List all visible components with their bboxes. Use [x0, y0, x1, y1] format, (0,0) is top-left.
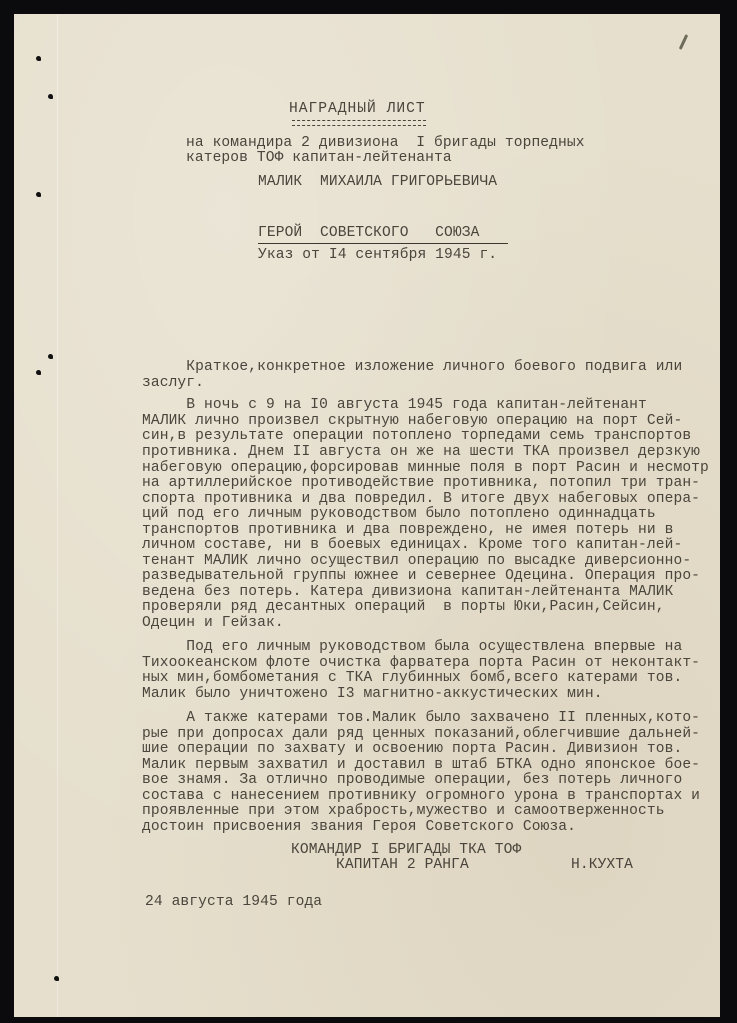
- paragraph-line: син,в результате операции потоплено торп…: [142, 428, 691, 444]
- award-underline: [258, 243, 508, 244]
- paragraph-line: ных мин,бомбометания с ТКА глубинных бом…: [142, 670, 682, 686]
- paragraph-line: Тихоокеанском флоте очистка фарватера по…: [142, 655, 700, 671]
- punch-hole-mark: [54, 976, 59, 981]
- paragraph-line: ций под его личным руководством было пот…: [142, 506, 656, 522]
- paragraph-line: ведена без потерь. Катера дивизиона капи…: [142, 584, 673, 600]
- paragraph-line: вое знамя. За отлично проводимые операци…: [142, 772, 682, 788]
- paragraph-line: противника. Днем II августа он же на шес…: [142, 444, 700, 460]
- pen-tick-mark: [679, 34, 688, 50]
- signature-position: КОМАНДИР I БРИГАДЫ ТКА ТОФ: [291, 842, 521, 858]
- punch-hole-mark: [36, 192, 41, 197]
- document-date: 24 августа 1945 года: [145, 894, 322, 910]
- paragraph-line: тенант МАЛИК лично осуществил операцию п…: [142, 553, 691, 569]
- section-heading-line-1: Краткое,конкретное изложение личного бое…: [142, 359, 682, 375]
- paragraph-line: транспортов противника и два повреждено,…: [142, 522, 673, 538]
- paragraph-line: спорта противника и два повредил. В итог…: [142, 491, 700, 507]
- punch-hole-mark: [36, 370, 41, 375]
- paragraph-line: Малик первым захватил и доставил в штаб …: [142, 757, 700, 773]
- paragraph-line: Малик было уничтожено I3 магнитно-аккуст…: [142, 686, 603, 702]
- award-sheet-page: НАГРАДНЫЙ ЛИСТ на командира 2 дивизиона …: [14, 14, 720, 1017]
- paragraph-line: В ночь с 9 на I0 августа 1945 года капит…: [142, 397, 647, 413]
- decree-line: Указ от I4 сентября 1945 г.: [258, 247, 497, 263]
- punch-hole-mark: [48, 354, 53, 359]
- paragraph-line: разведывательной группы южнее и севернее…: [142, 568, 700, 584]
- document-title: НАГРАДНЫЙ ЛИСТ: [289, 101, 426, 117]
- person-name: МАЛИК МИХАИЛА ГРИГОРЬЕВИЧА: [258, 174, 497, 190]
- title-double-underline: [292, 120, 426, 126]
- paragraph-line: А также катерами тов.Малик было захвачен…: [142, 710, 700, 726]
- paragraph-line: проверяли ряд десантных операций в порты…: [142, 599, 665, 615]
- paragraph-line: достоин присвоения звания Героя Советско…: [142, 819, 576, 835]
- punch-hole-mark: [36, 56, 41, 61]
- paragraph-line: личном составе, ни в боевых единицах. Кр…: [142, 537, 682, 553]
- paper-fold-line: [57, 14, 58, 1017]
- award-title: ГЕРОЙ СОВЕТСКОГО СОЮЗА: [258, 225, 479, 241]
- punch-hole-mark: [48, 94, 53, 99]
- section-heading-line-2: заслуг.: [142, 375, 204, 391]
- paragraph-line: состава с нанесением противнику огромног…: [142, 788, 700, 804]
- paragraph-line: Одецин и Гейзак.: [142, 615, 284, 631]
- paragraph-line: проявленные при этом храбрость,мужество …: [142, 803, 665, 819]
- subtitle-line-1: на командира 2 дивизиона I бригады торпе…: [186, 135, 585, 151]
- paragraph-line: набеговую операцию,форсировав минные пол…: [142, 460, 709, 476]
- signature-name: Н.КУХТА: [571, 857, 633, 873]
- paragraph-line: шие операции по захвату и освоению порта…: [142, 741, 682, 757]
- paragraph-line: МАЛИК лично произвел скрытную набеговую …: [142, 413, 682, 429]
- paragraph-line: рые при допросах дали ряд ценных показан…: [142, 726, 700, 742]
- paragraph-line: Под его личным руководством была осущест…: [142, 639, 682, 655]
- subtitle-line-2: катеров ТОФ капитан-лейтенанта: [186, 150, 452, 166]
- signature-rank: КАПИТАН 2 РАНГА: [336, 857, 469, 873]
- paragraph-line: на артиллерийское противодействие против…: [142, 475, 700, 491]
